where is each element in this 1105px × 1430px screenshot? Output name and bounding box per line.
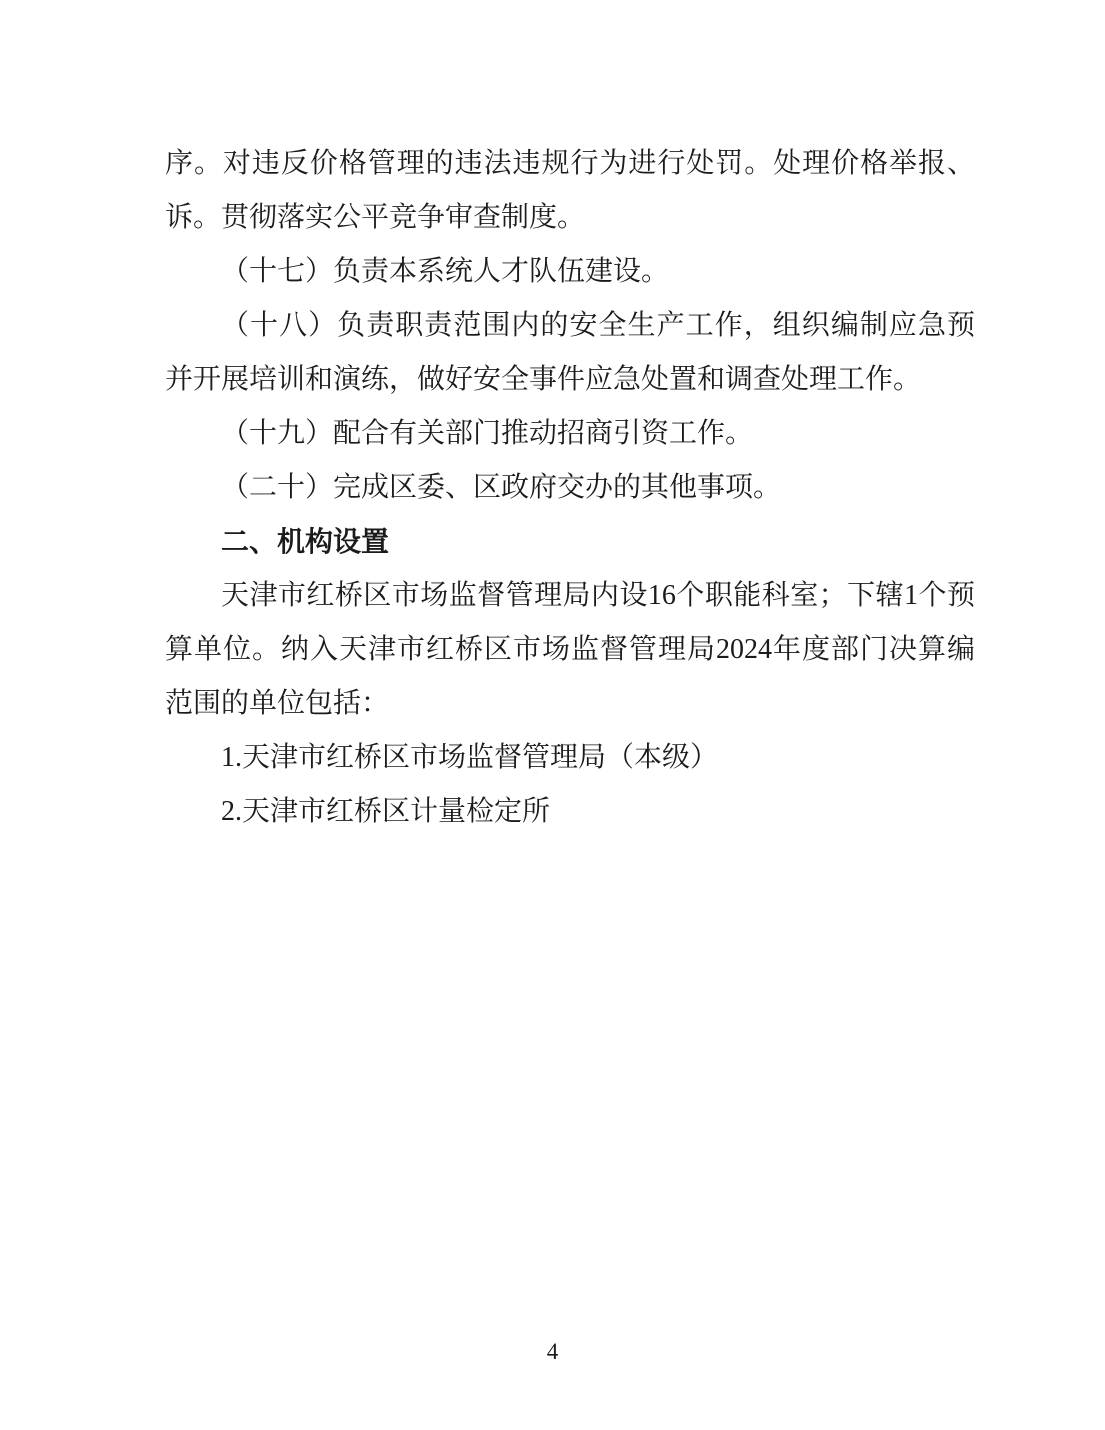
item-19-line: （十九）配合有关部门推动招商引资工作。 xyxy=(165,407,975,461)
paragraph-price-line-1: 序。对违反价格管理的违法违规行为进行处罚。处理价格举报、投 xyxy=(165,137,975,191)
page-number: 4 xyxy=(0,1338,1105,1366)
document-page: 序。对违反价格管理的违法违规行为进行处罚。处理价格举报、投 诉。贯彻落实公平竞争… xyxy=(0,0,1105,1430)
document-body: 序。对违反价格管理的违法违规行为进行处罚。处理价格举报、投 诉。贯彻落实公平竞争… xyxy=(165,137,975,839)
unit-list-item-2: 2.天津市红桥区计量检定所 xyxy=(165,785,975,839)
org-setup-paragraph-line-1: 天津市红桥区市场监督管理局内设16个职能科室；下辖1个预 xyxy=(165,569,975,623)
section-2-heading: 二、机构设置 xyxy=(165,515,975,569)
item-18-line-1: （十八）负责职责范围内的安全生产工作，组织编制应急预案 xyxy=(165,299,975,353)
org-setup-paragraph-line-2: 算单位。纳入天津市红桥区市场监督管理局2024年度部门决算编制 xyxy=(165,623,975,677)
item-18-line-2: 并开展培训和演练，做好安全事件应急处置和调查处理工作。 xyxy=(165,353,975,407)
paragraph-price-line-2: 诉。贯彻落实公平竞争审查制度。 xyxy=(165,191,975,245)
item-20-line: （二十）完成区委、区政府交办的其他事项。 xyxy=(165,461,975,515)
org-setup-paragraph-line-3: 范围的单位包括： xyxy=(165,677,975,731)
item-17-line: （十七）负责本系统人才队伍建设。 xyxy=(165,245,975,299)
unit-list-item-1: 1.天津市红桥区市场监督管理局（本级） xyxy=(165,731,975,785)
